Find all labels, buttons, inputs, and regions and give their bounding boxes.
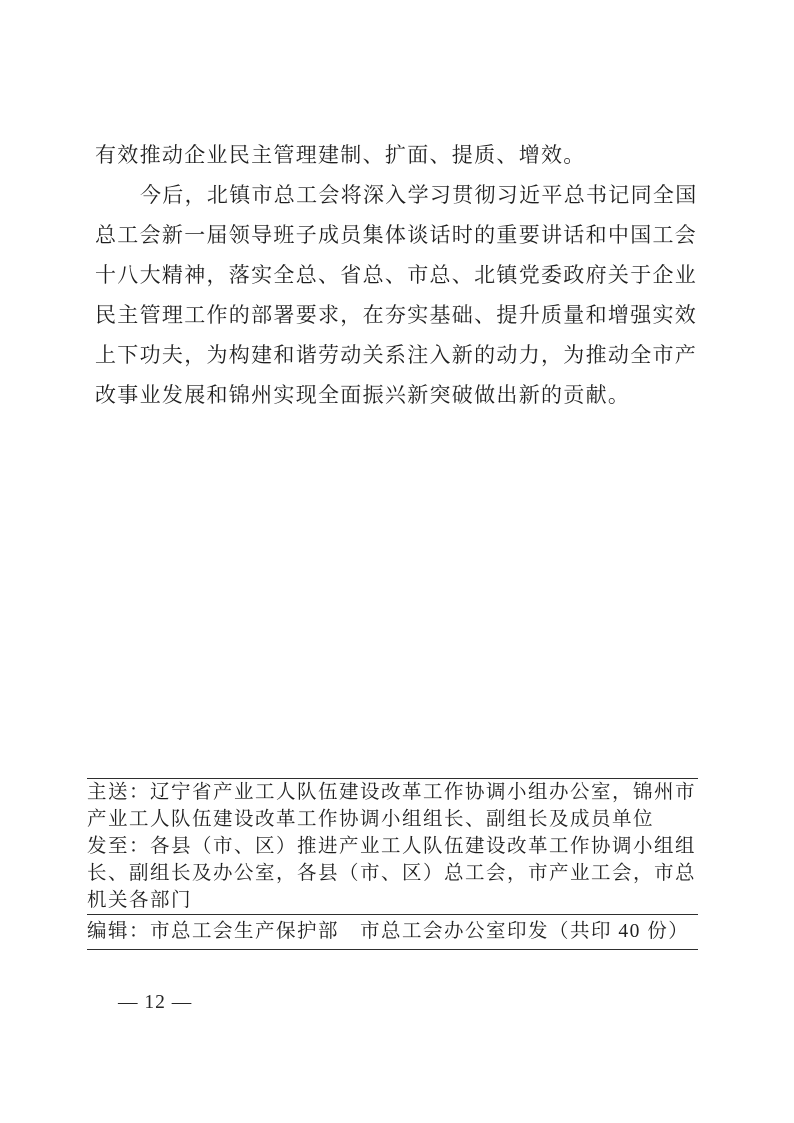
- distribution-list: 主送：辽宁省产业工人队伍建设改革工作协调小组办公室，锦州市 产业工人队伍建设改革…: [87, 778, 698, 914]
- editor-imprint-line: 编辑：市总工会生产保护部 市总工会办公室印发（共印 40 份）: [87, 914, 698, 950]
- editor-label: 编辑：: [87, 921, 150, 942]
- body-line: 改事业发展和锦州实现全面振兴新突破做出新的贡献。: [95, 375, 699, 415]
- sent-to-line: 长、副组长及办公室，各县（市、区）总工会，市产业工会，市总: [87, 860, 698, 887]
- body-line: 十八大精神，落实全总、省总、市总、北镇党委政府关于企业: [95, 255, 699, 295]
- body-line: 民主管理工作的部署要求，在夯实基础、提升质量和增强实效: [95, 295, 699, 335]
- body-line: 今后，北镇市总工会将深入学习贯彻习近平总书记同全国: [95, 175, 699, 215]
- main-send-text: 辽宁省产业工人队伍建设改革工作协调小组办公室，锦州市: [150, 782, 696, 803]
- main-send-line: 主送：辽宁省产业工人队伍建设改革工作协调小组办公室，锦州市: [87, 779, 698, 806]
- body-line: 总工会新一届领导班子成员集体谈话时的重要讲话和中国工会: [95, 215, 699, 255]
- page-number: — 12 —: [118, 992, 192, 1014]
- sent-to-label: 发至：: [87, 836, 150, 857]
- body-line: 上下功夫，为构建和谐劳动关系注入新的动力，为推动全市产: [95, 335, 699, 375]
- body-paragraphs: 有效推动企业民主管理建制、扩面、提质、增效。 今后，北镇市总工会将深入学习贯彻习…: [95, 135, 699, 415]
- main-send-line: 产业工人队伍建设改革工作协调小组组长、副组长及成员单位: [87, 806, 698, 833]
- sent-to-text: 各县（市、区）推进产业工人队伍建设改革工作协调小组组: [150, 836, 696, 857]
- document-page: 有效推动企业民主管理建制、扩面、提质、增效。 今后，北镇市总工会将深入学习贯彻习…: [0, 0, 794, 1123]
- sent-to-line: 发至：各县（市、区）推进产业工人队伍建设改革工作协调小组组: [87, 833, 698, 860]
- main-send-label: 主送：: [87, 782, 150, 803]
- body-line: 有效推动企业民主管理建制、扩面、提质、增效。: [95, 135, 699, 175]
- editor-text: 市总工会生产保护部 市总工会办公室印发（共印 40 份）: [150, 921, 689, 942]
- sent-to-line: 机关各部门: [87, 887, 698, 914]
- distribution-footer: 主送：辽宁省产业工人队伍建设改革工作协调小组办公室，锦州市 产业工人队伍建设改革…: [87, 778, 698, 950]
